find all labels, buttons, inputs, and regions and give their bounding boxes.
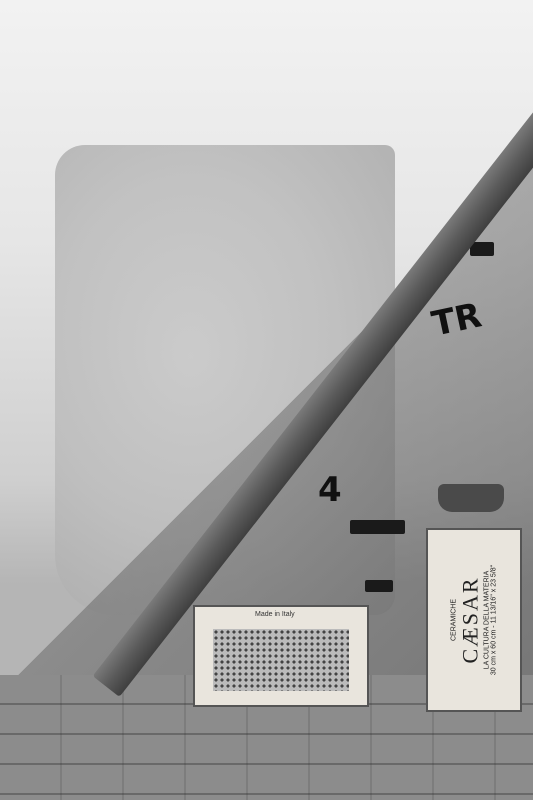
wall-hole	[470, 242, 494, 256]
box-line2: LA CULTURA DELLA MATERIA	[484, 565, 491, 675]
tile-box-mesh: Made in Italy	[193, 605, 369, 707]
box-size: 30 cm x 60 cm - 11 13/16" x 23 5/8"	[491, 565, 498, 675]
photo-scene: TR 4 Made in Italy CERAMICHE CÆSAR LA CU…	[0, 0, 533, 800]
tile-box-caesar: CERAMICHE CÆSAR LA CULTURA DELLA MATERIA…	[426, 528, 522, 712]
wall-hole	[365, 580, 393, 592]
wall-hole	[350, 520, 405, 534]
box-label: Made in Italy	[255, 611, 295, 618]
mesh-panel	[213, 629, 349, 691]
box-brand: CÆSAR	[458, 565, 484, 675]
box-caesar-label: CERAMICHE CÆSAR LA CULTURA DELLA MATERIA…	[451, 565, 498, 675]
graffiti-4: 4	[318, 470, 342, 510]
metal-pot	[438, 484, 504, 512]
box-line1: CERAMICHE	[451, 565, 458, 675]
